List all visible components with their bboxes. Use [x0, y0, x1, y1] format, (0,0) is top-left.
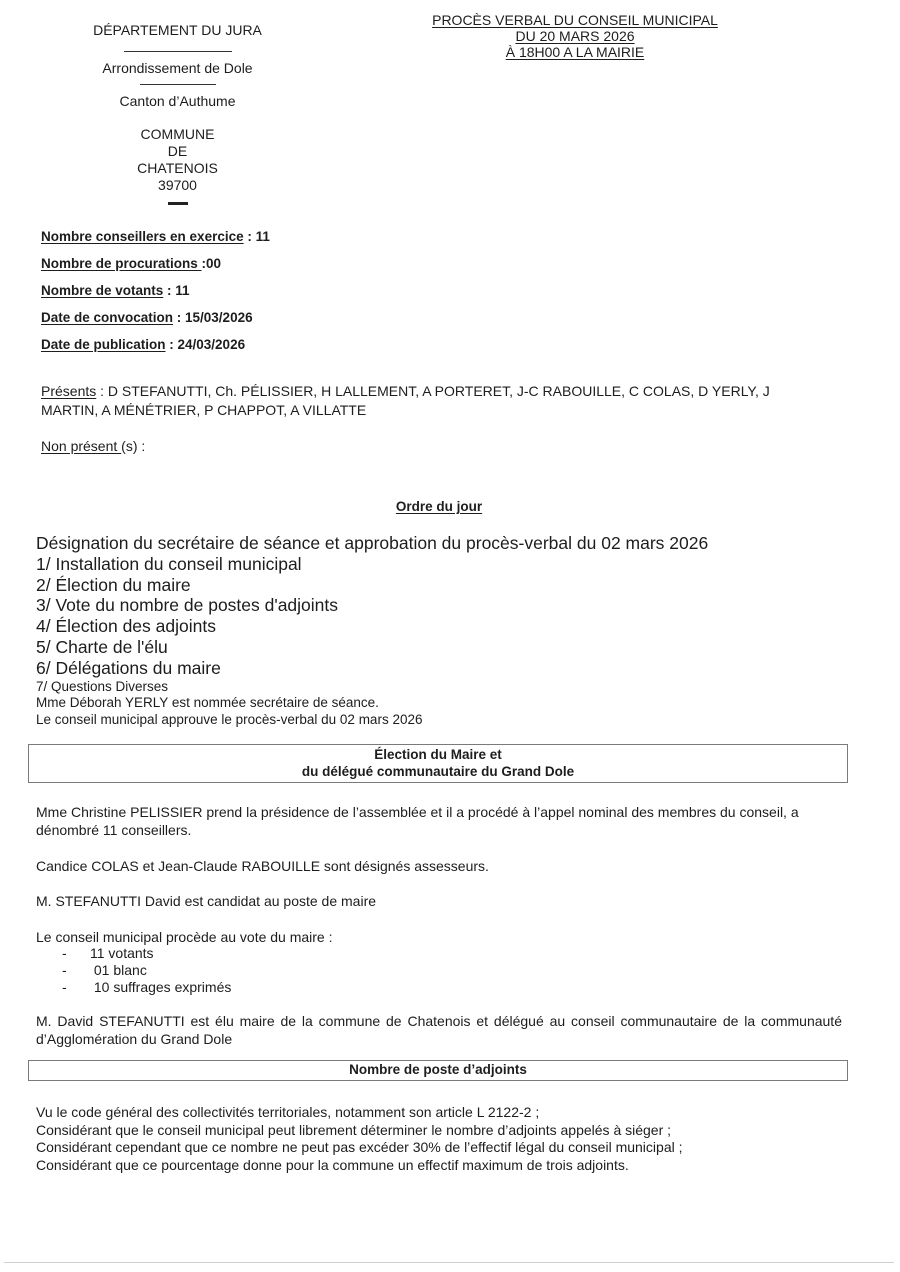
presents-value: : D STEFANUTTI, Ch. PÉLISSIER, H LALLEME… [41, 383, 770, 418]
agenda-item: 3/ Vote du nombre de postes d'adjoints [36, 595, 836, 616]
vote-result-item: - 01 blanc [62, 962, 231, 979]
agenda-item: 2/ Élection du maire [36, 575, 836, 596]
section-title-line: du délégué communautaire du Grand Dole [29, 763, 847, 780]
document-title: PROCÈS VERBAL DU CONSEIL MUNICIPAL DU 20… [410, 12, 740, 60]
agenda-title-text: Ordre du jour [396, 499, 482, 514]
approval-note: Le conseil municipal approuve le procès-… [36, 712, 836, 729]
count-label: Date de publication [41, 337, 166, 352]
divider [124, 51, 232, 52]
commune-line: CHATENOIS [60, 160, 295, 177]
section-header-election: Élection du Maire et du délégué communau… [28, 744, 848, 783]
divider [168, 202, 188, 205]
absent-label: Non présent [41, 438, 121, 454]
vote-result-text: 11 votants [90, 945, 154, 962]
considerant-line: Considérant que le conseil municipal peu… [36, 1122, 842, 1140]
considerant-line: Considérant que ce pourcentage donne pou… [36, 1157, 842, 1175]
vote-result-item: -11 votants [62, 945, 231, 962]
presents-list: Présents : D STEFANUTTI, Ch. PÉLISSIER, … [41, 382, 801, 420]
agenda-item: 6/ Délégations du maire [36, 658, 836, 679]
section-title: Nombre de poste d’adjoints [29, 1061, 847, 1078]
page-edge-divider [4, 1262, 894, 1263]
count-value: : 11 [163, 283, 189, 298]
vote-results: -11 votants - 01 blanc - 10 suffrages ex… [62, 945, 231, 996]
commune-line: COMMUNE [60, 126, 295, 143]
secretary-note: Mme Déborah YERLY est nommée secrétaire … [36, 695, 836, 712]
agenda-list: Désignation du secrétaire de séance et a… [36, 533, 836, 728]
section-header-adjoints: Nombre de poste d’adjoints [28, 1060, 848, 1081]
considerant-line: Vu le code général des collectivités ter… [36, 1104, 842, 1122]
presents-label: Présents [41, 383, 96, 399]
vote-result-item: - 10 suffrages exprimés [62, 979, 231, 996]
agenda-item: Désignation du secrétaire de séance et a… [36, 533, 836, 554]
postal-code: 39700 [60, 177, 295, 194]
count-label: Date de convocation [41, 310, 173, 325]
vote-result-text: 10 suffrages exprimés [90, 979, 231, 996]
count-row: Nombre de votants : 11 [41, 282, 270, 309]
count-row: Date de convocation : 15/03/2026 [41, 309, 270, 336]
agenda-item: 4/ Élection des adjoints [36, 616, 836, 637]
count-label: Nombre de votants [41, 283, 163, 298]
bullet-dash-icon: - [62, 962, 90, 979]
presidence-paragraph: Mme Christine PELISSIER prend la préside… [36, 803, 842, 839]
count-value: : 11 [244, 229, 270, 244]
absent-list: Non présent (s) : [41, 438, 145, 454]
candidat-paragraph: M. STEFANUTTI David est candidat au post… [36, 892, 842, 910]
vote-intro: Le conseil municipal procède au vote du … [36, 928, 842, 946]
title-line: À 18H00 A LA MAIRIE [410, 44, 740, 60]
count-row: Date de publication : 24/03/2026 [41, 336, 270, 363]
count-label: Nombre conseillers en exercice [41, 229, 244, 244]
count-label: Nombre de procurations [41, 256, 202, 271]
title-line: PROCÈS VERBAL DU CONSEIL MUNICIPAL [410, 12, 740, 28]
commune-line: DE [60, 143, 295, 160]
bullet-dash-icon: - [62, 945, 90, 962]
agenda-title: Ordre du jour [0, 499, 878, 514]
absent-value: (s) : [121, 438, 145, 454]
count-row: Nombre de procurations :00 [41, 255, 270, 282]
count-value: :00 [202, 256, 222, 271]
divider [140, 84, 216, 85]
agenda-item: 1/ Installation du conseil municipal [36, 554, 836, 575]
section-title-line: Élection du Maire et [29, 746, 847, 763]
count-row: Nombre conseillers en exercice : 11 [41, 228, 270, 255]
considerant-line: Considérant cependant que ce nombre ne p… [36, 1139, 842, 1157]
count-value: : 15/03/2026 [173, 310, 253, 325]
meeting-counts: Nombre conseillers en exercice : 11 Nomb… [41, 228, 270, 363]
departement: DÉPARTEMENT DU JURA [60, 22, 295, 39]
agenda-item: 7/ Questions Diverses [36, 679, 836, 696]
bullet-dash-icon: - [62, 979, 90, 996]
canton: Canton d’Authume [60, 93, 295, 110]
arrondissement: Arrondissement de Dole [60, 60, 295, 77]
count-value: : 24/03/2026 [166, 337, 246, 352]
title-line: DU 20 MARS 2026 [410, 28, 740, 44]
election-result-paragraph: M. David STEFANUTTI est élu maire de la … [36, 1012, 842, 1048]
assesseurs-paragraph: Candice COLAS et Jean-Claude RABOUILLE s… [36, 857, 842, 875]
vote-result-text: 01 blanc [90, 962, 147, 979]
agenda-item: 5/ Charte de l'élu [36, 637, 836, 658]
header-administrative-block: DÉPARTEMENT DU JURA Arrondissement de Do… [60, 18, 295, 205]
considerants: Vu le code général des collectivités ter… [36, 1104, 842, 1174]
